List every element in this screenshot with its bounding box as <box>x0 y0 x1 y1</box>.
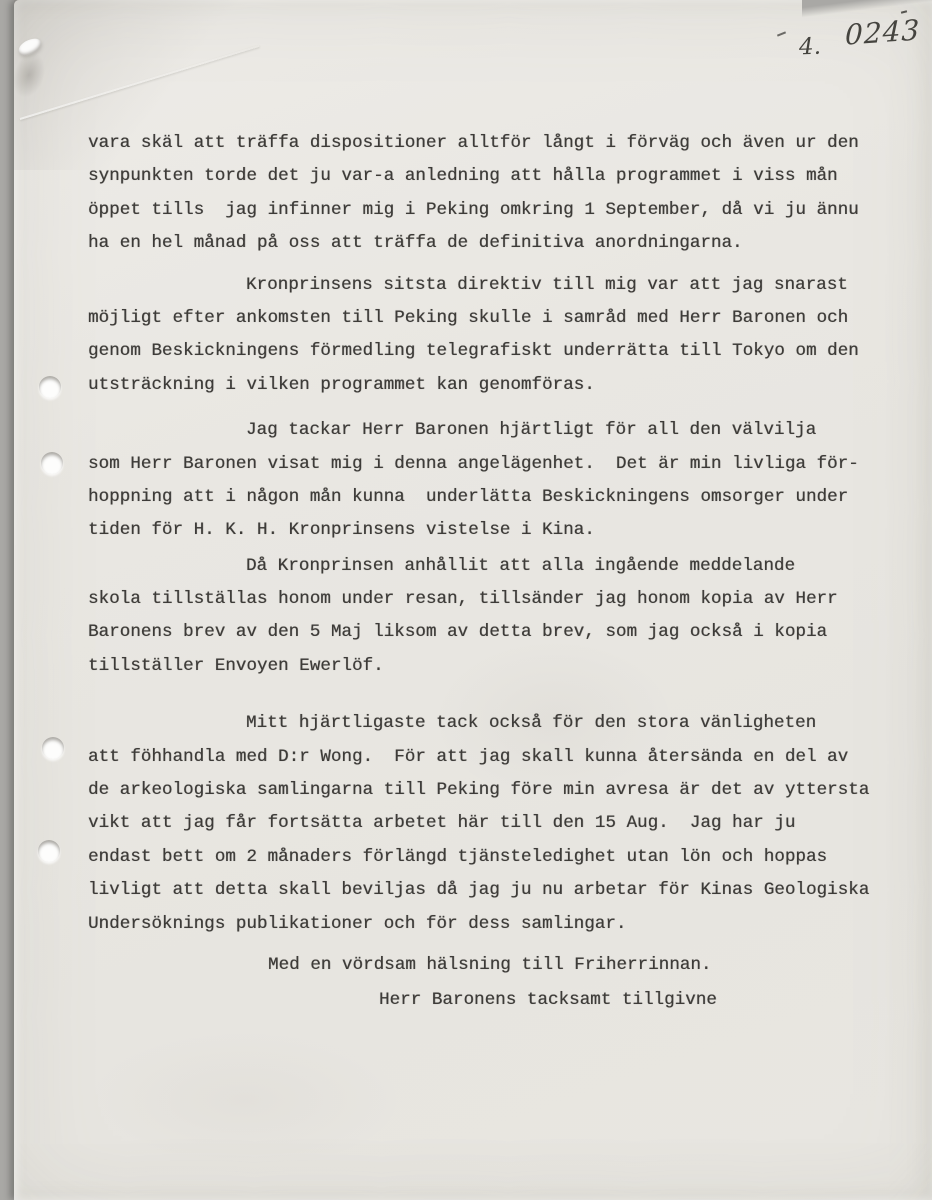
letter-line: tiden för H. K. H. Kronprinsens vistelse… <box>88 514 888 547</box>
punch-hole <box>39 376 61 398</box>
letter-line: endast bett om 2 månaders förlängd tjäns… <box>88 841 888 874</box>
letter-line: ha en hel månad på oss att träffa de def… <box>88 227 888 260</box>
letter-line: Baronens brev av den 5 Maj liksom av det… <box>88 616 888 649</box>
punch-hole <box>42 737 64 759</box>
letter-line: Undersöknings publikationer och för dess… <box>88 908 888 941</box>
paper-stain <box>84 1030 404 1170</box>
scanned-letter-page: { "page": { "folio_number": "0243", "pag… <box>0 0 932 1200</box>
paragraph: Jag tackar Herr Baronen hjärtligt för al… <box>88 414 888 548</box>
letter-line: vikt att jag får fortsätta arbetet här t… <box>88 807 888 840</box>
closing-block: Med en vördsam hälsning till Friherrinna… <box>88 949 888 1018</box>
letter-line: de arkeologiska samlingarna till Peking … <box>88 774 888 807</box>
folio-number: 0243 <box>845 13 921 51</box>
page-number: 4. <box>799 34 822 61</box>
letter-line: hoppning att i någon mån kunna underlätt… <box>88 481 888 514</box>
paragraph: Då Kronprinsen anhållit att alla ingåend… <box>88 550 888 684</box>
punch-hole <box>41 452 63 474</box>
punch-hole <box>38 840 60 862</box>
letter-line: öppet tills jag infinner mig i Peking om… <box>88 194 888 227</box>
letter-line: att föhhandla med D:r Wong. För att jag … <box>88 741 888 774</box>
paragraph: Mitt hjärtligaste tack också för den sto… <box>88 707 888 941</box>
letter-line: skola tillställas honom under resan, til… <box>88 583 888 616</box>
letter-line: möjligt efter ankomsten till Peking skul… <box>88 302 888 335</box>
letter-line: Kronprinsens sitsta direktiv till mig va… <box>88 269 888 302</box>
letter-line: Mitt hjärtligaste tack också för den sto… <box>88 707 888 740</box>
letter-line: Jag tackar Herr Baronen hjärtligt för al… <box>88 414 888 447</box>
letter-line: som Herr Baronen visat mig i denna angel… <box>88 448 888 481</box>
letter-line: livligt att detta skall beviljas då jag … <box>88 874 888 907</box>
letter-line: vara skäl att träffa dispositioner alltf… <box>88 127 888 160</box>
closing-signature-line: Herr Baronens tacksamt tillgivne <box>88 984 888 1017</box>
letter-line: Då Kronprinsen anhållit att alla ingåend… <box>88 550 888 583</box>
letter-line: tillställer Envoyen Ewerlöf. <box>88 650 888 683</box>
letter-line: utsträckning i vilken programmet kan gen… <box>88 369 888 402</box>
letter-body: vara skäl att träffa dispositioner alltf… <box>88 127 888 1018</box>
paragraph: Kronprinsens sitsta direktiv till mig va… <box>88 269 888 403</box>
closing-salutation: Med en vördsam hälsning till Friherrinna… <box>88 949 888 982</box>
crease-line <box>20 45 260 120</box>
paragraph: vara skäl att träffa dispositioner alltf… <box>88 127 888 261</box>
letter-line: synpunkten torde det ju var-a anledning … <box>88 160 888 193</box>
letter-line: genom Beskickningens förmedling telegraf… <box>88 335 888 368</box>
